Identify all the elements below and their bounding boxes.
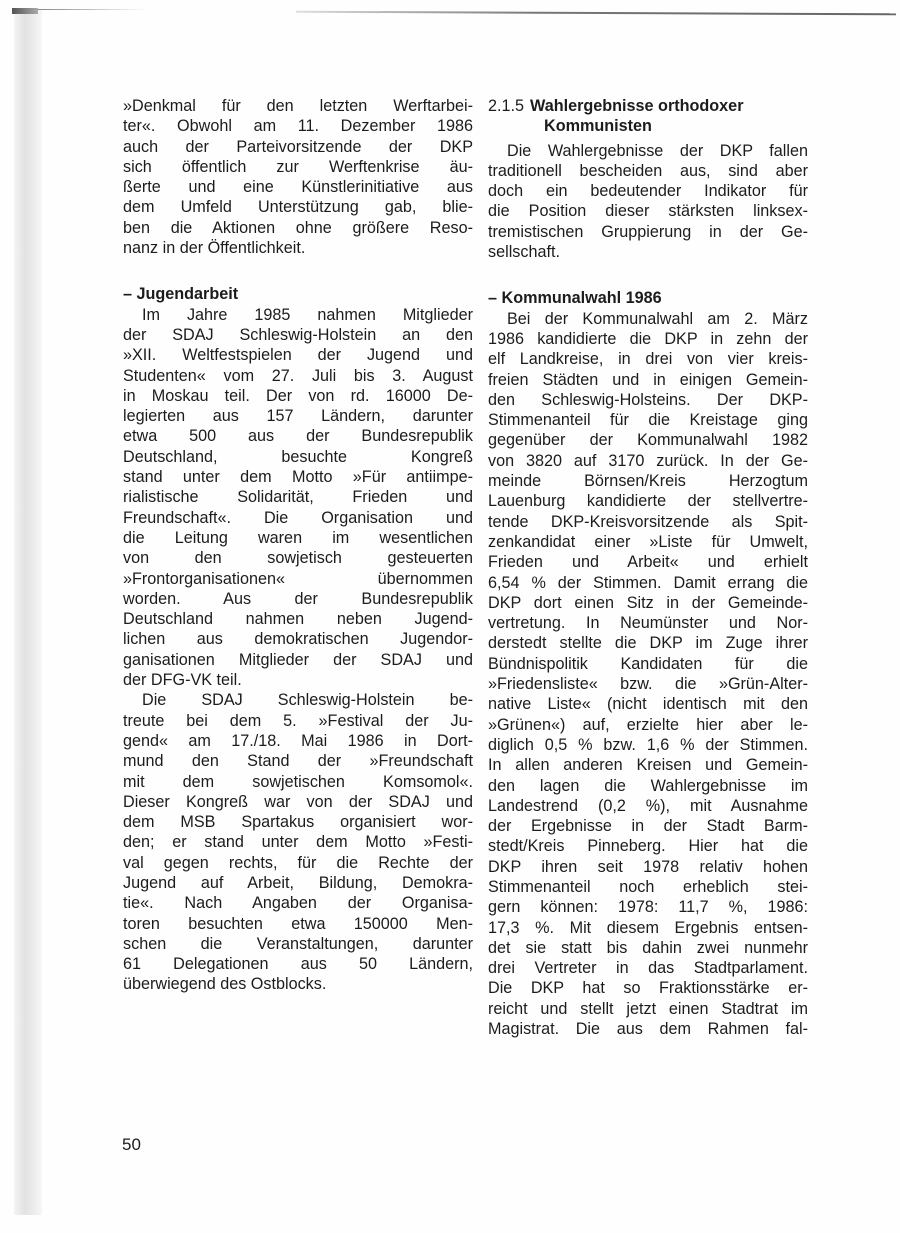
scan-edge-line-right (296, 11, 896, 16)
text-line: dem MSB Spartakus organisiert wor- (123, 812, 473, 832)
text-line: mund den Stand der »Freundschaft (123, 751, 473, 771)
text-line: stedt/Kreis Pinneberg. Hier hat die (488, 836, 808, 856)
text-line: gern können: 1978: 11,7 %, 1986: (488, 897, 808, 917)
festival-paragraph: Die SDAJ Schleswig-Holstein be-treute be… (123, 690, 473, 994)
text-line: etwa 500 aus der Bundesrepublik (123, 426, 473, 446)
text-line: der Ergebnisse in der Stadt Barm- (488, 816, 808, 836)
text-line: »Grünen«) auf, erzielte hier aber le- (488, 715, 808, 735)
text-line: Landestrend (0,2 %), mit Ausnahme (488, 796, 808, 816)
page-number: 50 (122, 1135, 141, 1155)
text-line: 6,54 % der Stimmen. Damit errang die (488, 573, 808, 593)
text-line: Lauenburg kandidierte der stellvertre- (488, 491, 808, 511)
text-line: der SDAJ Schleswig-Holstein an den (123, 325, 473, 345)
text-line: Dieser Kongreß war von der SDAJ und (123, 792, 473, 812)
text-line: Jugend auf Arbeit, Bildung, Demokra- (123, 873, 473, 893)
text-line: vertretung. In Neumünster und Nor- (488, 613, 808, 633)
right-column: 2.1.5Wahlergebnisse orthodoxer Kommunist… (488, 96, 808, 1039)
spacer (123, 258, 473, 284)
text-line: Im Jahre 1985 nahmen Mitglieder (123, 305, 473, 325)
text-line: sellschaft. (488, 242, 808, 262)
text-line: Die Wahlergebnisse der DKP fallen (488, 141, 808, 161)
text-line: tende DKP-Kreisvorsitzende als Spit- (488, 512, 808, 532)
text-line: 61 Delegationen aus 50 Ländern, (123, 954, 473, 974)
text-line: auch der Parteivorsitzende der DKP (123, 137, 473, 157)
intro-paragraph: Die Wahlergebnisse der DKP fallentraditi… (488, 141, 808, 263)
jugendarbeit-heading: – Jugendarbeit (123, 284, 473, 304)
text-line: die Position dieser stärksten linksex- (488, 201, 808, 221)
text-line: 17,3 %. Mit diesem Ergebnis entsen- (488, 918, 808, 938)
text-line: schen die Veranstaltungen, darunter (123, 934, 473, 954)
text-line: Bündnispolitik Kandidaten für die (488, 654, 808, 674)
text-line: ter«. Obwohl am 11. Dezember 1986 (123, 116, 473, 136)
text-line: stand unter dem Motto »Für antiimpe- (123, 467, 473, 487)
text-line: zenkandidat einer »Liste für Umwelt, (488, 532, 808, 552)
kommunalwahl-paragraph: Bei der Kommunalwahl am 2. März1986 kand… (488, 309, 808, 1040)
spacer (488, 262, 808, 288)
text-line: rialistische Solidarität, Frieden und (123, 487, 473, 507)
text-line: freien Städten und in einigen Gemein- (488, 370, 808, 390)
text-line: Die SDAJ Schleswig-Holstein be- (123, 690, 473, 710)
kommunalwahl-heading: – Kommunalwahl 1986 (488, 288, 808, 308)
text-line: ben die Aktionen ohne größere Reso- (123, 218, 473, 238)
left-column: »Denkmal für den letzten Werftarbei-ter«… (123, 96, 473, 995)
text-line: mit dem sowjetischen Komsomol«. (123, 772, 473, 792)
text-line: toren besuchten etwa 150000 Men- (123, 914, 473, 934)
text-line: »Frontorganisationen« übernommen (123, 569, 473, 589)
text-line: Stimmenanteil für die Kreistage ging (488, 410, 808, 430)
text-line: Stimmenanteil noch erheblich stei- (488, 877, 808, 897)
text-line: DKP ihren seit 1978 relativ hohen (488, 857, 808, 877)
text-line: ßerte und eine Künstlerinitiative aus (123, 177, 473, 197)
text-line: in Moskau teil. Der von rd. 16000 De- (123, 386, 473, 406)
text-line: tremistischen Gruppierung in der Ge- (488, 222, 808, 242)
text-line: elf Landkreise, in drei von vier kreis- (488, 349, 808, 369)
section-number: 2.1.5 (488, 97, 524, 115)
text-line: Deutschland, besuchte Kongreß (123, 447, 473, 467)
text-line: drei Vertreter in das Stadtparlament. (488, 958, 808, 978)
text-line: Bei der Kommunalwahl am 2. März (488, 309, 808, 329)
text-line: dem Umfeld Unterstützung gab, blie- (123, 197, 473, 217)
text-line: von 3820 auf 3170 zurück. In der Ge- (488, 451, 808, 471)
text-line: native Liste« (nicht identisch mit den (488, 694, 808, 714)
text-line: Die DKP hat so Fraktionsstärke er- (488, 978, 808, 998)
text-line: treute bei dem 5. »Festival der Ju- (123, 711, 473, 731)
text-line: »Friedensliste« bzw. die »Grün-Alter- (488, 674, 808, 694)
text-line: die Leitung waren im wesentlichen (123, 528, 473, 548)
text-line: tie«. Nach Angaben der Organisa- (123, 893, 473, 913)
text-line: »Denkmal für den letzten Werftarbei- (123, 96, 473, 116)
intro-paragraph: »Denkmal für den letzten Werftarbei-ter«… (123, 96, 473, 258)
text-line: Studenten« vom 27. Juli bis 3. August (123, 366, 473, 386)
text-line: diglich 0,5 % bzw. 1,6 % der Stimmen. (488, 735, 808, 755)
text-line: legierten aus 157 Ländern, darunter (123, 406, 473, 426)
text-line: gegenüber der Kommunalwahl 1982 (488, 430, 808, 450)
text-line: ganisationen Mitglieder der SDAJ und (123, 650, 473, 670)
scan-corner-mark (12, 8, 38, 14)
text-line: überwiegend des Ostblocks. (123, 974, 473, 994)
text-line: den; er stand unter dem Motto »Festi- (123, 832, 473, 852)
text-line: Deutschland nahmen neben Jugend- (123, 609, 473, 629)
text-line: 1986 kandidierte die DKP in zehn der (488, 329, 808, 349)
jugendarbeit-paragraph: Im Jahre 1985 nahmen Mitgliederder SDAJ … (123, 305, 473, 691)
scan-edge-line-left (38, 9, 148, 10)
text-line: traditionell bescheiden aus, sind aber (488, 161, 808, 181)
text-line: von den sowjetisch gesteuerten (123, 548, 473, 568)
text-line: val gegen rechts, für die Rechte der (123, 853, 473, 873)
text-line: doch ein bedeutender Indikator für (488, 181, 808, 201)
section-heading: 2.1.5Wahlergebnisse orthodoxer Kommunist… (488, 96, 808, 137)
text-line: der DFG-VK teil. (123, 670, 473, 690)
text-line: nanz in der Öffentlichkeit. (123, 238, 473, 258)
text-line: reicht und stellt jetzt einen Stadtrat i… (488, 999, 808, 1019)
text-line: »XII. Weltfestspielen der Jugend und (123, 345, 473, 365)
section-title-line2: Kommunisten (488, 116, 808, 136)
text-line: lichen aus demokratischen Jugendor- (123, 629, 473, 649)
text-line: Frieden und Arbeit« und erhielt (488, 552, 808, 572)
text-line: sich öffentlich zur Werftenkrise äu- (123, 157, 473, 177)
text-line: meinde Börnsen/Kreis Herzogtum (488, 471, 808, 491)
text-line: DKP dort einen Sitz in der Gemeinde- (488, 593, 808, 613)
text-line: den lagen die Wahlergebnisse im (488, 776, 808, 796)
text-line: Magistrat. Die aus dem Rahmen fal- (488, 1019, 808, 1039)
section-title-line1: Wahlergebnisse orthodoxer (530, 97, 743, 115)
book-binding-shadow (14, 10, 42, 1215)
text-line: In allen anderen Kreisen und Gemein- (488, 755, 808, 775)
text-line: worden. Aus der Bundesrepublik (123, 589, 473, 609)
text-line: derstedt stellte die DKP im Zuge ihrer (488, 633, 808, 653)
text-line: det sie statt bis dahin zwei nunmehr (488, 938, 808, 958)
text-line: Freundschaft«. Die Organisation und (123, 508, 473, 528)
text-line: gend« am 17./18. Mai 1986 in Dort- (123, 731, 473, 751)
text-line: den Schleswig-Holsteins. Der DKP- (488, 390, 808, 410)
